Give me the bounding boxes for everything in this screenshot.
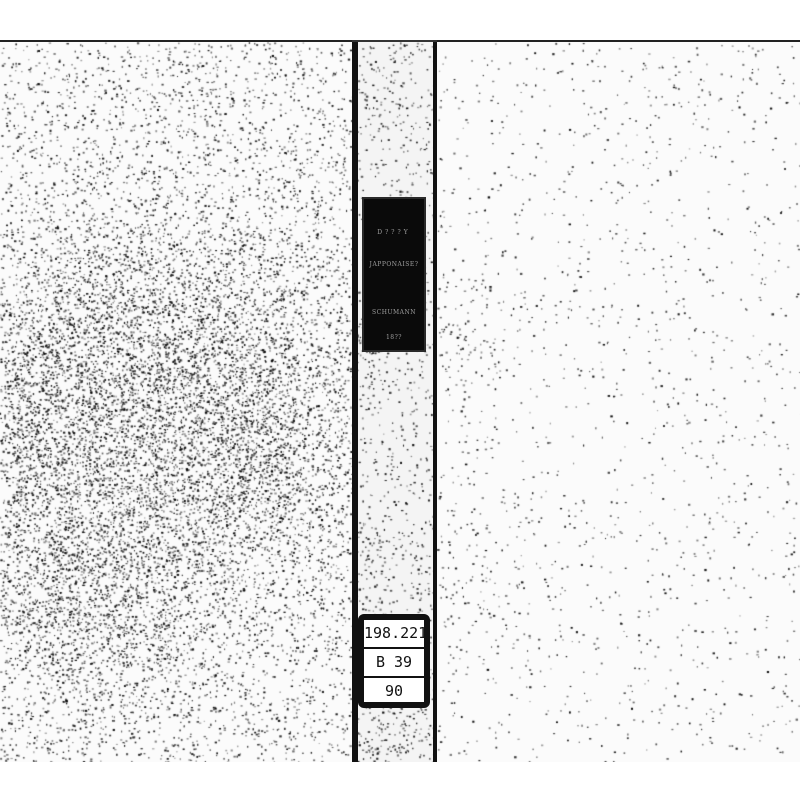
speckle-texture — [0, 42, 352, 762]
call-number-class: 198.221 — [364, 620, 424, 649]
front-cover — [437, 40, 800, 762]
speckle-texture — [437, 42, 800, 762]
back-cover — [0, 40, 352, 762]
book-spine: D???Y JAPPONAISE? SCHUMANN 18?? 198.221 … — [352, 40, 437, 762]
call-number-cutter: B 39 — [364, 649, 424, 678]
spine-title-line: JAPPONAISE? — [364, 261, 424, 268]
spine-title-line: D???Y — [364, 229, 424, 236]
spine-title-line: 18?? — [364, 334, 424, 341]
spine-title-line: SCHUMANN — [364, 309, 424, 316]
call-number-label: 198.221 B 39 90 — [358, 614, 430, 708]
call-number-volume: 90 — [364, 678, 424, 705]
spine-title-panel: D???Y JAPPONAISE? SCHUMANN 18?? — [362, 197, 426, 352]
book-scan: D???Y JAPPONAISE? SCHUMANN 18?? 198.221 … — [0, 0, 800, 800]
